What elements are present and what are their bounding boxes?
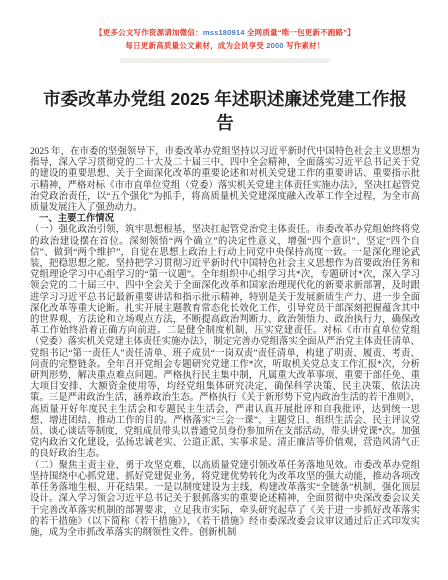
page-title: 市委改革办党组 2025 年述职述廉述党建工作报告 — [30, 87, 420, 135]
wechat-id: mss180914 — [203, 28, 245, 37]
promo-banner: 【更多公文写作资源请加微信：mss180914 全网质量“唯一包更新不跑路”】 … — [30, 26, 420, 52]
faint-divider — [120, 58, 330, 63]
paragraph-section-2: （二）聚焦主责主业，勇于攻坚克难，以高质量党建引领改革任务落地见效。市委改革办党… — [30, 461, 420, 539]
paragraph-intro: 2025 年，在市委的坚强领导下，市委改革办党组坚持以习近平新时代中国特色社会主… — [30, 147, 420, 214]
promo-line-1: 【更多公文写作资源请加微信：mss180914 全网质量“唯一包更新不跑路”】 — [30, 26, 420, 39]
promo-line-1-suffix: 全网质量“唯一包更新不跑路”】 — [245, 28, 355, 37]
promo-line-2-text: 每日更新高质量公文素材，成为会员享受 — [125, 41, 266, 50]
promo-line-2-suffix: 写作素材！ — [284, 41, 325, 50]
promo-line-2: 每日更新高质量公文素材，成为会员享受 2000 写作素材！ — [30, 39, 420, 52]
section-heading-1: 一、主要工作情况 — [30, 214, 420, 225]
paragraph-section-1: （一）强化政治引领，筑牢思想根基，坚决扛起管党治党主体责任。市委改革办党组始终将… — [30, 225, 420, 460]
document-body: 2025 年，在市委的坚强领导下，市委改革办党组坚持以习近平新时代中国特色社会主… — [30, 147, 420, 539]
material-count: 2000 — [266, 41, 284, 50]
promo-line-1-text: 【更多公文写作资源请加微信： — [95, 28, 203, 37]
document-page: 【更多公文写作资源请加微信：mss180914 全网质量“唯一包更新不跑路”】 … — [0, 0, 448, 580]
